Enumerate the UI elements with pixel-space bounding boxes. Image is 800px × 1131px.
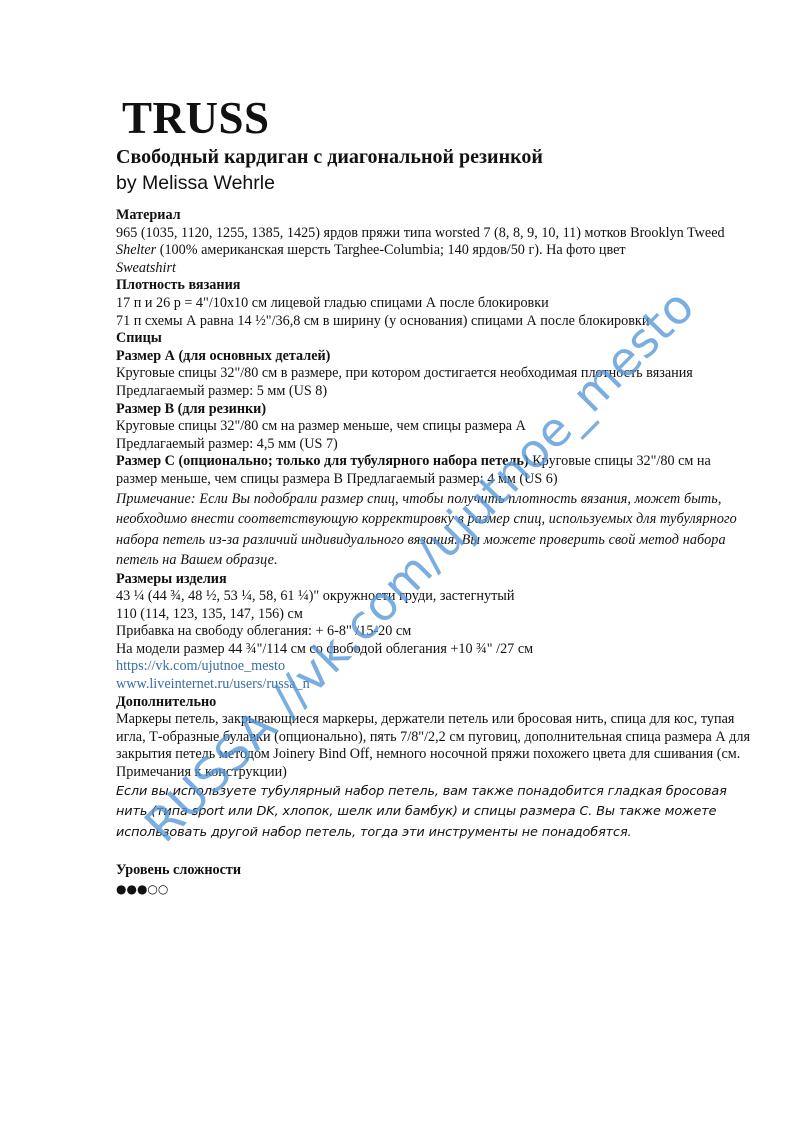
needle-size-a-text: Круговые спицы 32"/80 см в размере, при … — [116, 365, 716, 383]
needle-size-b-text: Круговые спицы 32"/80 см на размер меньш… — [116, 418, 756, 436]
needle-size-c: Размер С (опционально; только для тубуля… — [116, 453, 736, 488]
needle-size-a-heading: Размер А (для основных деталей) — [116, 348, 756, 366]
document-body: Материал 965 (1035, 1120, 1255, 1385, 14… — [116, 207, 756, 898]
pattern-author: by Melissa Wehrle — [116, 173, 275, 194]
needles-heading: Спицы — [116, 330, 756, 348]
pattern-subtitle: Свободный кардиган с диагональной резинк… — [116, 146, 543, 168]
needle-size-a-suggested: Предлагаемый размер: 5 мм (US 8) — [116, 383, 756, 401]
needles-note: Примечание: Если Вы подобрали размер спи… — [116, 489, 746, 571]
gauge-line: 17 п и 26 р = 4"/10x10 см лицевой гладью… — [116, 295, 756, 313]
gauge-heading: Плотность вязания — [116, 277, 756, 295]
spacer — [116, 843, 756, 862]
extra-text: Маркеры петель, закрывающиеся маркеры, д… — [116, 711, 751, 781]
sizes-line: 43 ¼ (44 ¾, 48 ½, 53 ¼, 58, 61 ¼)" окруж… — [116, 588, 756, 606]
needle-size-b-suggested: Предлагаемый размер: 4,5 мм (US 7) — [116, 436, 756, 454]
material-text-a: 965 (1035, 1120, 1255, 1385, 1425) ярдов… — [116, 225, 725, 241]
extra-heading: Дополнительно — [116, 694, 756, 712]
sizes-line: Прибавка на свободу облегания: + 6-8" /1… — [116, 623, 756, 641]
difficulty-rating: ●●●○○ — [116, 880, 756, 898]
gauge-line: 71 п схемы А равна 14 ½"/36,8 см в ширин… — [116, 313, 756, 331]
liveinternet-link[interactable]: www.liveinternet.ru/users/russa_n — [116, 676, 756, 694]
needle-size-c-heading: Размер С (опционально; только для тубуля… — [116, 453, 529, 469]
sizes-heading: Размеры изделия — [116, 571, 756, 589]
material-text: 965 (1035, 1120, 1255, 1385, 1425) ярдов… — [116, 225, 756, 278]
material-text-b: (100% американская шерсть Targhee-Columb… — [156, 242, 625, 258]
pattern-title: TRUSS — [122, 96, 270, 141]
material-heading: Материал — [116, 207, 756, 225]
sizes-line: На модели размер 44 ¾"/114 см со свободо… — [116, 641, 756, 659]
extra-note: Если вы используете тубулярный набор пет… — [116, 782, 746, 844]
needle-size-b-heading: Размер В (для резинки) — [116, 401, 756, 419]
vk-link[interactable]: https://vk.com/ujutnoe_mesto — [116, 658, 756, 676]
yarn-color: Sweatshirt — [116, 260, 176, 276]
sizes-line: 110 (114, 123, 135, 147, 156) см — [116, 606, 756, 624]
yarn-name: Shelter — [116, 242, 156, 258]
difficulty-heading: Уровень сложности — [116, 862, 756, 880]
